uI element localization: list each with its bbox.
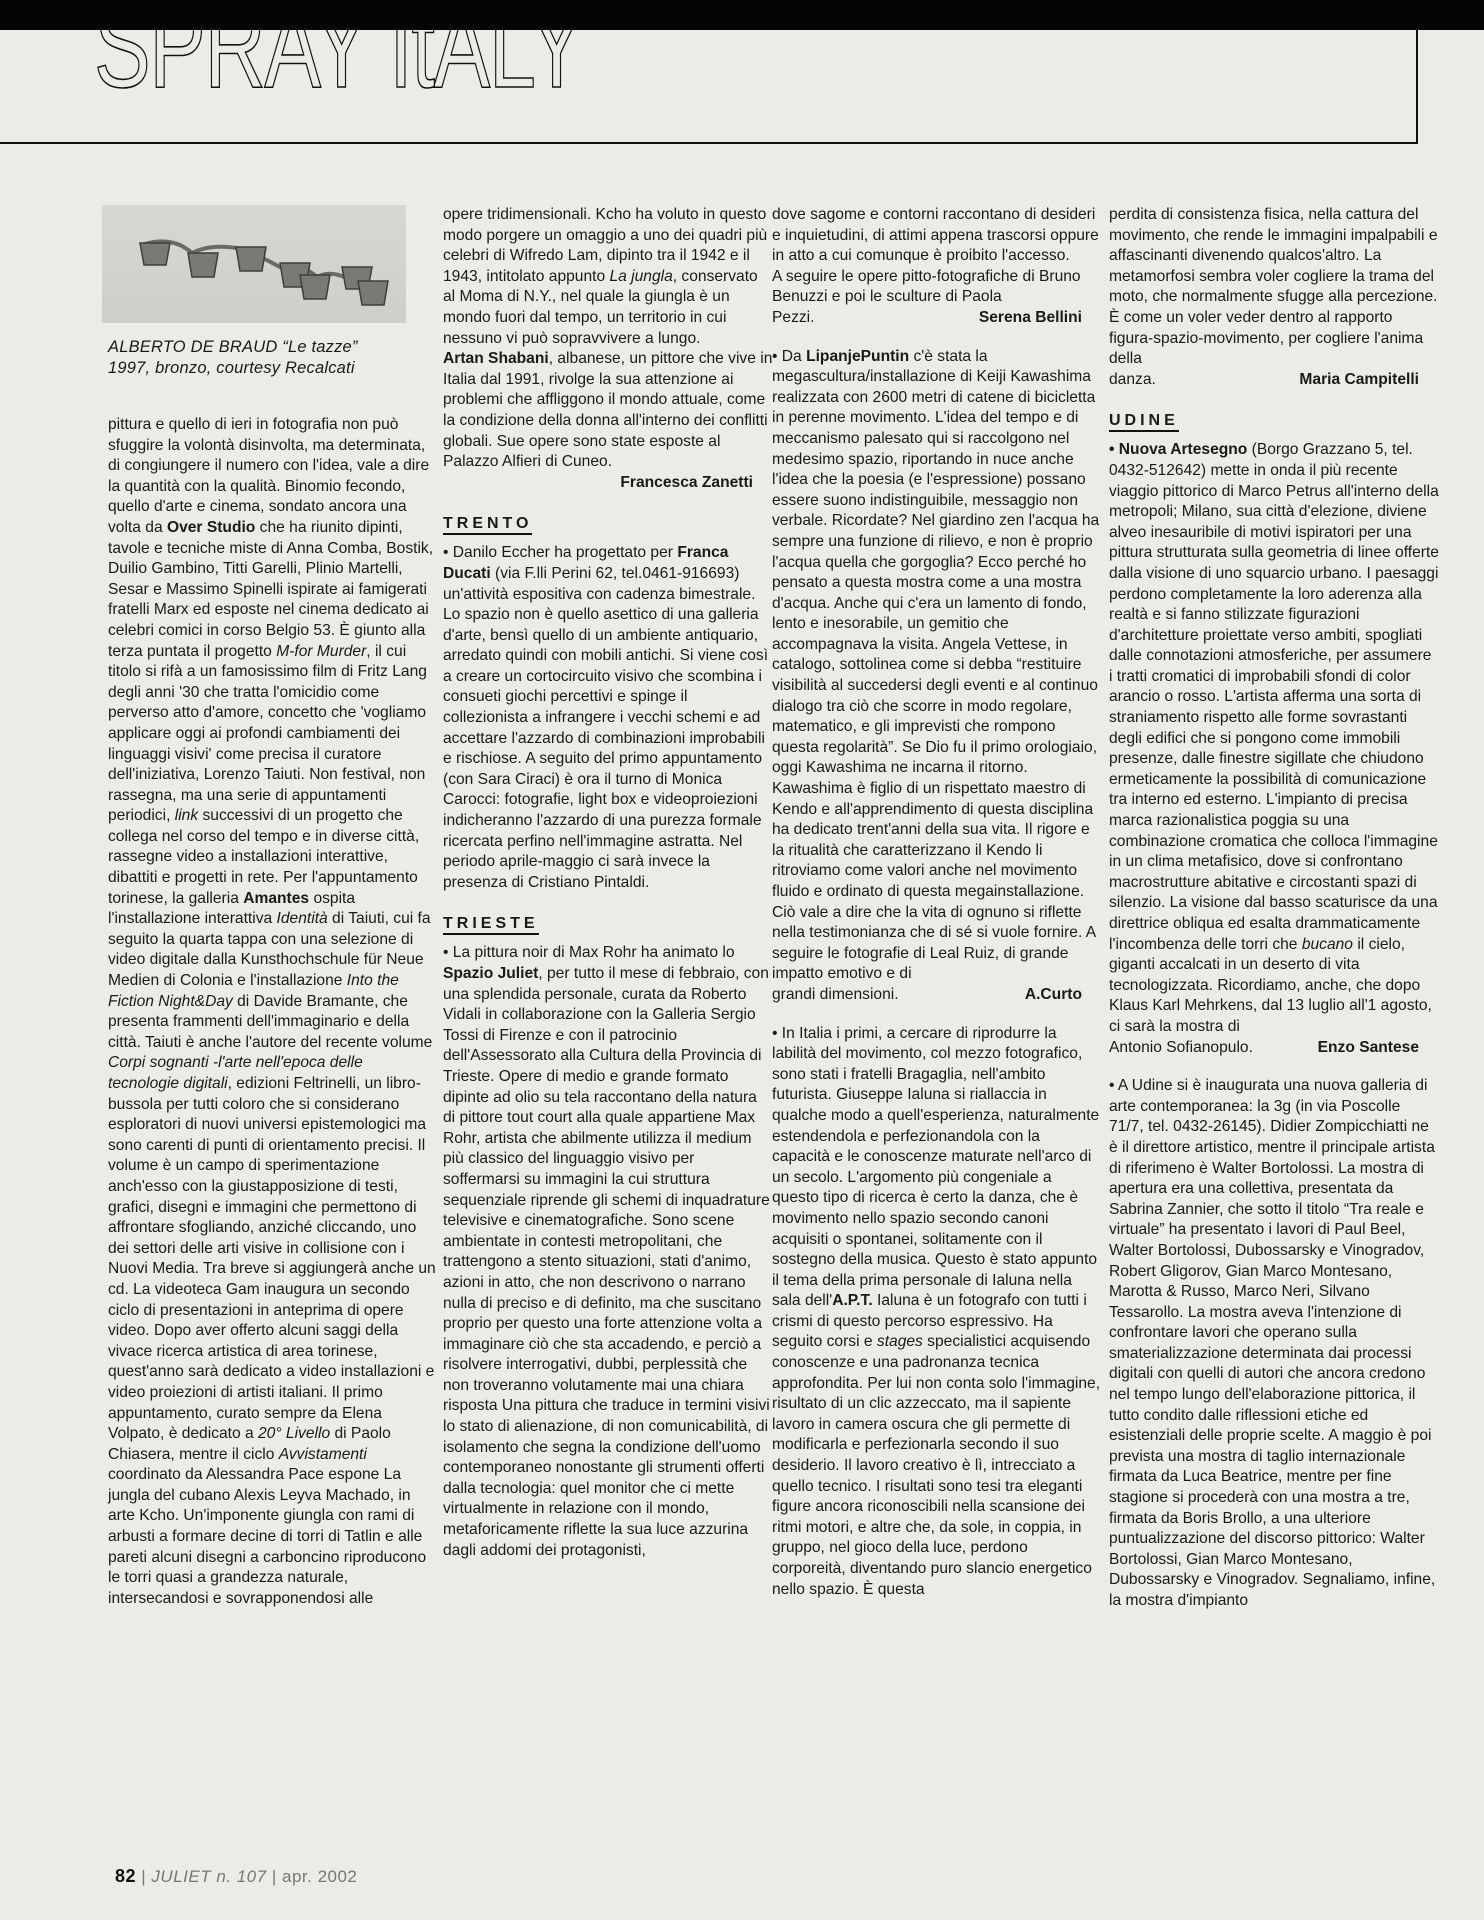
- author-signature: Maria Campitelli: [1299, 370, 1419, 391]
- signature-line: Pezzi. Serena Bellini: [772, 308, 1102, 329]
- article-paragraph: • Nuova Artesegno (Borgo Grazzano 5, tel…: [1109, 440, 1439, 1037]
- signature-line: grandi dimensioni. A.Curto: [772, 985, 1102, 1006]
- author-signature: A.Curto: [1025, 985, 1082, 1006]
- article-paragraph: • A Udine si è inaugurata una nuova gall…: [1109, 1076, 1439, 1611]
- scan-top-edge: [0, 0, 1484, 30]
- footer-separator: |: [272, 1867, 277, 1886]
- page-footer: 82 | JULIET n. 107 | apr. 2002: [115, 1866, 357, 1887]
- article-paragraph: • Da LipanjePuntin c'è stata la megascul…: [772, 347, 1102, 985]
- bronze-cups-image: [102, 205, 406, 323]
- article-paragraph: opere tridimensionali. Kcho ha voluto in…: [443, 205, 773, 349]
- author-signature: Francesca Zanetti: [443, 473, 773, 494]
- article-paragraph: • In Italia i primi, a cercare di riprod…: [772, 1024, 1102, 1601]
- footer-separator: |: [141, 1867, 146, 1886]
- article-paragraph: • La pittura noir di Max Rohr ha animato…: [443, 943, 773, 1561]
- signature-line: danza. Maria Campitelli: [1109, 370, 1439, 391]
- author-signature: Serena Bellini: [979, 308, 1082, 329]
- issue-date: apr. 2002: [282, 1867, 357, 1886]
- article-paragraph: A seguire le opere pitto-fotografiche di…: [772, 267, 1102, 308]
- caption-details: 1997, bronzo, courtesy Recalcati: [108, 358, 438, 379]
- masthead-title: SPRAY ItALY: [94, 28, 583, 106]
- author-signature: Enzo Santese: [1318, 1038, 1419, 1059]
- section-heading-trento: TRENTO: [443, 515, 532, 535]
- column-3: dove sagome e contorni raccontano di des…: [772, 205, 1102, 1600]
- article-paragraph: dove sagome e contorni raccontano di des…: [772, 205, 1102, 267]
- article-paragraph: perdita di consistenza fisica, nella cat…: [1109, 205, 1439, 370]
- caption-title: ALBERTO DE BRAUD “Le tazze”: [108, 337, 438, 358]
- photo-caption: ALBERTO DE BRAUD “Le tazze” 1997, bronzo…: [108, 337, 438, 379]
- masthead-box: SPRAY ItALY: [0, 28, 1418, 144]
- article-paragraph: • Danilo Eccher ha progettato per Franca…: [443, 543, 773, 893]
- column-4: perdita di consistenza fisica, nella cat…: [1109, 205, 1439, 1612]
- signature-line: Antonio Sofianopulo. Enzo Santese: [1109, 1038, 1439, 1059]
- column-1: ALBERTO DE BRAUD “Le tazze” 1997, bronzo…: [108, 205, 438, 1609]
- sculpture-photo: [102, 205, 406, 323]
- magazine-issue: JULIET n. 107: [151, 1867, 266, 1886]
- article-paragraph: Artan Shabani, albanese, un pittore che …: [443, 349, 773, 473]
- section-heading-trieste: TRIESTE: [443, 915, 539, 935]
- column-2: opere tridimensionali. Kcho ha voluto in…: [443, 205, 773, 1561]
- article-paragraph: pittura e quello di ieri in fotografia n…: [108, 415, 438, 1609]
- page-number: 82: [115, 1866, 136, 1886]
- section-heading-udine: UDINE: [1109, 412, 1179, 432]
